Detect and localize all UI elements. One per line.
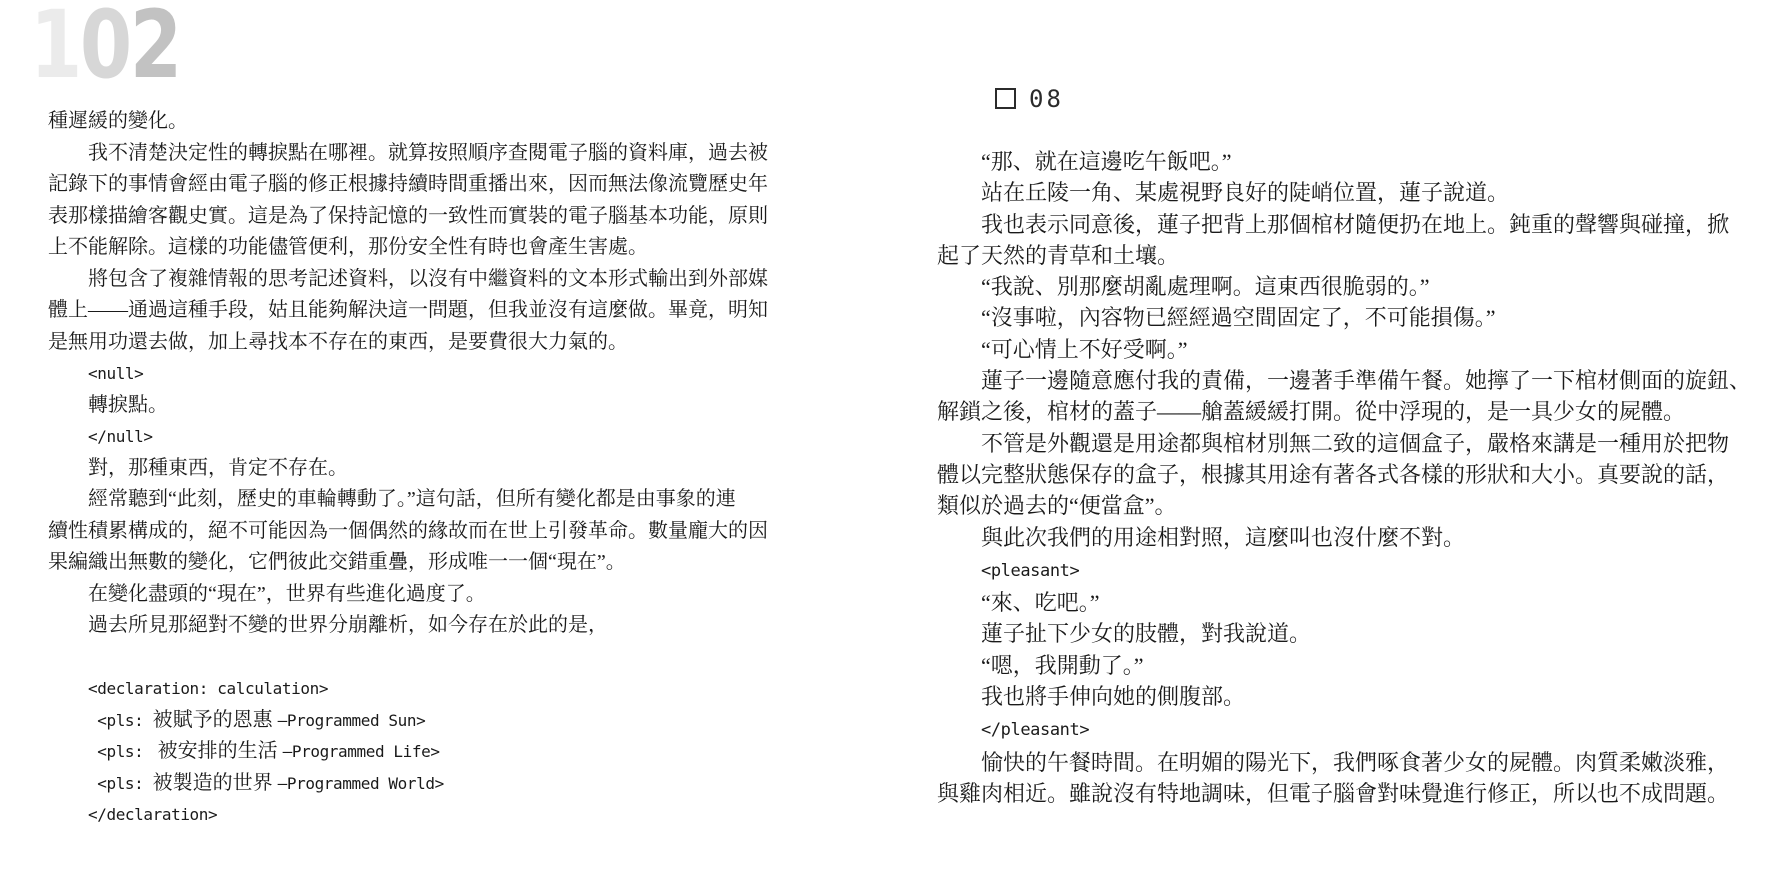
body-text-run: 體以完整狀態保存的盒子，根據其用途有著各式各樣的形狀和大小。真要說的話，: [937, 462, 1729, 487]
mono-tag-text: <pls:: [88, 742, 153, 761]
text-line: 與此次我們的用途相對照，這麼叫也沒什麼不對。: [937, 522, 1747, 553]
left-text-column: 種遲緩的變化。我不清楚決定性的轉捩點在哪裡。就算按照順序查閱電子腦的資料庫，過去…: [48, 106, 764, 831]
body-text-run: 記錄下的事情會經由電子腦的修正根據持續時間重播出來，因而無法像流覽歷史年: [48, 173, 768, 195]
text-line: [48, 642, 764, 674]
text-line: </null>: [48, 421, 764, 453]
text-line: 種遲緩的變化。: [48, 106, 764, 138]
chapter-header: 08: [995, 85, 1064, 111]
body-text-run: 起了天然的青草和土壤。: [937, 243, 1179, 268]
body-text-run: 與此次我們的用途相對照，這麼叫也沒什麼不對。: [981, 525, 1465, 550]
body-text-run: 轉捩點。: [88, 394, 168, 416]
text-line: <declaration: calculation>: [48, 673, 764, 705]
body-text-run: 我也將手伸向她的側腹部。: [981, 684, 1245, 709]
text-line: 我不清楚決定性的轉捩點在哪裡。就算按照順序查閱電子腦的資料庫，過去被: [48, 138, 764, 170]
text-line: “嗯，我開動了。”: [937, 650, 1747, 681]
mono-tag-text: —Programmed World>: [278, 774, 444, 793]
text-line: 我也將手伸向她的側腹部。: [937, 681, 1747, 712]
text-line: <pls: 被安排的生活 —Programmed Life>: [48, 736, 764, 768]
body-text-run: 經常聽到“此刻，歷史的車輪轉動了。”這句話，但所有變化都是由事象的連: [88, 488, 736, 510]
text-line: <null>: [48, 358, 764, 390]
body-text-run: 是無用功還去做，加上尋找本不存在的東西，是要費很大力氣的。: [48, 331, 628, 353]
text-line: 轉捩點。: [48, 390, 764, 422]
mono-tag-text: <pls:: [88, 774, 153, 793]
text-line: </pleasant>: [937, 712, 1747, 746]
chapter-number: 08: [1029, 85, 1064, 111]
square-outline-icon: [995, 88, 1016, 109]
body-text-run: 類似於過去的“便當盒”。: [937, 493, 1177, 518]
text-line: 解鎖之後，棺材的蓋子——艙蓋緩緩打開。從中浮現的，是一具少女的屍體。: [937, 396, 1747, 427]
body-text-run: 不管是外觀還是用途都與棺材別無二致的這個盒子，嚴格來講是一種用於把物: [981, 431, 1729, 456]
body-text-run: 與雞肉相近。雖說沒有特地調味，但電子腦會對味覺進行修正，所以也不成問題。: [937, 781, 1729, 806]
body-text-run: 果編織出無數的變化，它們彼此交錯重疊，形成唯一一個“現在”。: [48, 551, 626, 573]
text-line: “可心情上不好受啊。”: [937, 334, 1747, 365]
text-line: 我也表示同意後，蓮子把背上那個棺材隨便扔在地上。鈍重的聲響與碰撞，掀: [937, 209, 1747, 240]
right-text-column: “那、就在這邊吃午飯吧。”站在丘陵一角、某處視野良好的陡峭位置，蓮子說道。我也表…: [937, 146, 1747, 809]
text-line: “那、就在這邊吃午飯吧。”: [937, 146, 1747, 177]
text-line: 愉快的午餐時間。在明媚的陽光下，我們啄食著少女的屍體。肉質柔嫩淡雅，: [937, 747, 1747, 778]
body-text-run: 種遲緩的變化。: [48, 110, 188, 132]
body-text-run: 我不清楚決定性的轉捩點在哪裡。就算按照順序查閱電子腦的資料庫，過去被: [88, 142, 768, 164]
text-line: “來、吃吧。”: [937, 587, 1747, 618]
body-text-run: 解鎖之後，棺材的蓋子——艙蓋緩緩打開。從中浮現的，是一具少女的屍體。: [937, 399, 1685, 424]
text-line: 表那樣描繪客觀史實。這是為了保持記憶的一致性而實裝的電子腦基本功能，原則: [48, 201, 764, 233]
text-line: 在變化盡頭的“現在”，世界有些進化過度了。: [48, 579, 764, 611]
text-line: 是無用功還去做，加上尋找本不存在的東西，是要費很大力氣的。: [48, 327, 764, 359]
mono-tag-text: —Programmed Life>: [283, 742, 440, 761]
text-line: <pls: 被賦予的恩惠 —Programmed Sun>: [48, 705, 764, 737]
text-line: </declaration>: [48, 799, 764, 831]
page-number: 102: [30, 0, 180, 96]
text-line: “我說、別那麼胡亂處理啊。這東西很脆弱的。”: [937, 271, 1747, 302]
body-text-run: 過去所見那絕對不變的世界分崩離析，如今存在於此的是，: [88, 614, 608, 636]
body-text-run: 續性積累構成的，絕不可能因為一個偶然的緣故而在世上引發革命。數量龐大的因: [48, 520, 768, 542]
mono-tag-text: —Programmed Sun>: [278, 711, 426, 730]
page-number-digit: 0: [80, 0, 130, 100]
mono-tag-text: </declaration>: [88, 805, 217, 824]
text-line: 站在丘陵一角、某處視野良好的陡峭位置，蓮子說道。: [937, 177, 1747, 208]
body-text-run: “那、就在這邊吃午飯吧。”: [981, 149, 1232, 174]
text-line: 體上——通過這種手段，姑且能夠解決這一問題，但我並沒有這麼做。畢竟，明知: [48, 295, 764, 327]
text-line: 起了天然的青草和土壤。: [937, 240, 1747, 271]
body-text-run: 被安排的生活: [153, 740, 283, 762]
text-line: 蓮子扯下少女的肢體，對我說道。: [937, 618, 1747, 649]
body-text-run: 愉快的午餐時間。在明媚的陽光下，我們啄食著少女的屍體。肉質柔嫩淡雅，: [981, 750, 1729, 775]
text-line: 體以完整狀態保存的盒子，根據其用途有著各式各樣的形狀和大小。真要說的話，: [937, 459, 1747, 490]
text-line: 記錄下的事情會經由電子腦的修正根據持續時間重播出來，因而無法像流覽歷史年: [48, 169, 764, 201]
body-text-run: 上不能解除。這樣的功能儘管便利，那份安全性有時也會產生害處。: [48, 236, 648, 258]
body-text-run: “嗯，我開動了。”: [981, 653, 1144, 678]
body-text-run: “沒事啦，內容物已經經過空間固定了，不可能損傷。”: [981, 305, 1496, 330]
text-line: 上不能解除。這樣的功能儘管便利，那份安全性有時也會產生害處。: [48, 232, 764, 264]
mono-tag-text: </pleasant>: [981, 720, 1089, 740]
body-text-run: 蓮子一邊隨意應付我的責備，一邊著手準備午餐。她擰了一下棺材側面的旋鈕、: [981, 368, 1751, 393]
body-text-run: 對，那種東西，肯定不存在。: [88, 457, 348, 479]
mono-tag-text: <pleasant>: [981, 561, 1079, 581]
page-number-digit: 2: [130, 0, 180, 100]
body-text-run: 體上——通過這種手段，姑且能夠解決這一問題，但我並沒有這麼做。畢竟，明知: [48, 299, 768, 321]
text-line: <pls: 被製造的世界 —Programmed World>: [48, 768, 764, 800]
body-text-run: “我說、別那麼胡亂處理啊。這東西很脆弱的。”: [981, 274, 1430, 299]
body-text-run: 在變化盡頭的“現在”，世界有些進化過度了。: [88, 583, 486, 605]
body-text-run: 被製造的世界: [153, 772, 278, 794]
mono-tag-text: <pls:: [88, 711, 153, 730]
text-line: 果編織出無數的變化，它們彼此交錯重疊，形成唯一一個“現在”。: [48, 547, 764, 579]
text-line: 經常聽到“此刻，歷史的車輪轉動了。”這句話，但所有變化都是由事象的連: [48, 484, 764, 516]
body-text-run: 表那樣描繪客觀史實。這是為了保持記憶的一致性而實裝的電子腦基本功能，原則: [48, 205, 768, 227]
text-line: 類似於過去的“便當盒”。: [937, 490, 1747, 521]
page-number-digit: 1: [30, 0, 80, 100]
mono-tag-text: </null>: [88, 427, 153, 446]
body-text-run: 將包含了複雜情報的思考記述資料，以沒有中繼資料的文本形式輸出到外部媒: [88, 268, 768, 290]
text-line: 不管是外觀還是用途都與棺材別無二致的這個盒子，嚴格來講是一種用於把物: [937, 428, 1747, 459]
mono-tag-text: <null>: [88, 364, 143, 383]
body-text-run: 被賦予的恩惠: [153, 709, 278, 731]
body-text-run: 站在丘陵一角、某處視野良好的陡峭位置，蓮子說道。: [981, 180, 1509, 205]
text-line: 蓮子一邊隨意應付我的責備，一邊著手準備午餐。她擰了一下棺材側面的旋鈕、: [937, 365, 1747, 396]
body-text-run: 我也表示同意後，蓮子把背上那個棺材隨便扔在地上。鈍重的聲響與碰撞，掀: [981, 212, 1729, 237]
body-text-run: 蓮子扯下少女的肢體，對我說道。: [981, 621, 1311, 646]
text-line: “沒事啦，內容物已經經過空間固定了，不可能損傷。”: [937, 302, 1747, 333]
mono-tag-text: <declaration: calculation>: [88, 679, 328, 698]
body-text-run: “可心情上不好受啊。”: [981, 337, 1188, 362]
text-line: <pleasant>: [937, 553, 1747, 587]
text-line: 對，那種東西，肯定不存在。: [48, 453, 764, 485]
body-text-run: “來、吃吧。”: [981, 590, 1100, 615]
text-line: 過去所見那絕對不變的世界分崩離析，如今存在於此的是，: [48, 610, 764, 642]
text-line: 將包含了複雜情報的思考記述資料，以沒有中繼資料的文本形式輸出到外部媒: [48, 264, 764, 296]
text-line: 續性積累構成的，絕不可能因為一個偶然的緣故而在世上引發革命。數量龐大的因: [48, 516, 764, 548]
text-line: 與雞肉相近。雖說沒有特地調味，但電子腦會對味覺進行修正，所以也不成問題。: [937, 778, 1747, 809]
